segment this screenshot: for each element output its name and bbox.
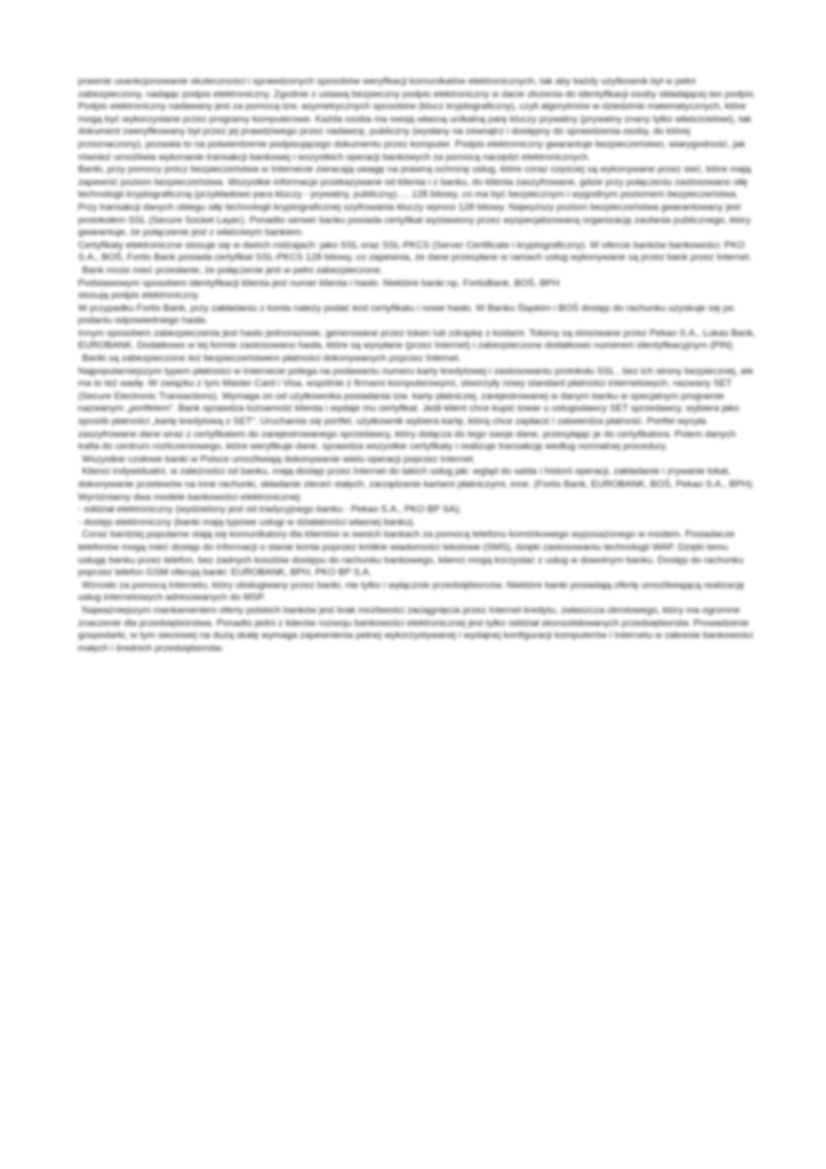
paragraph: Innym sposobem zabezpieczenia jest hasło…: [78, 328, 756, 353]
list-item: - dostęp elektroniczny (banki mają typow…: [78, 517, 756, 530]
list-item: - oddział elektroniczny (wydzielony jest…: [78, 504, 756, 517]
section-heading: Wszystkie czołowe banki w Polsce umożliw…: [78, 454, 756, 467]
paragraph: Najpopularniejszym typem płatności w Int…: [78, 366, 756, 454]
paragraph: Podstawowym sposobem identyfikacji klien…: [78, 278, 756, 291]
paragraph: W przypadku Fortis Bank, przy zakładaniu…: [78, 303, 756, 328]
paragraph: Banki, przy pomocy prócz bezpieczeństwa …: [78, 164, 756, 240]
paragraph: Wyróżniamy dwa modele bankowości elektro…: [78, 492, 756, 505]
section-heading: Banki są zabezpieczone też bezpieczeństw…: [78, 353, 756, 366]
paragraph: Wzrosło za pomocą Internetu, który obsłu…: [78, 580, 756, 605]
paragraph: Klienci indywidualni, w zależności od ba…: [78, 466, 756, 491]
paragraph: Najważniejszym mankamentem oferty polski…: [78, 605, 756, 655]
paragraph: stosują podpis elektroniczny.: [78, 290, 756, 303]
paragraph: Coraz bardziej popularne stają się komun…: [78, 529, 756, 579]
paragraph: Certyfikaty elektroniczne stosuje się w …: [78, 240, 756, 265]
paragraph: Bank może mieć przesłanie, że połączenie…: [78, 265, 756, 278]
document-page: prawnie usankcjonowanie skuteczności i s…: [78, 76, 756, 655]
paragraph: prawnie usankcjonowanie skuteczności i s…: [78, 76, 756, 164]
